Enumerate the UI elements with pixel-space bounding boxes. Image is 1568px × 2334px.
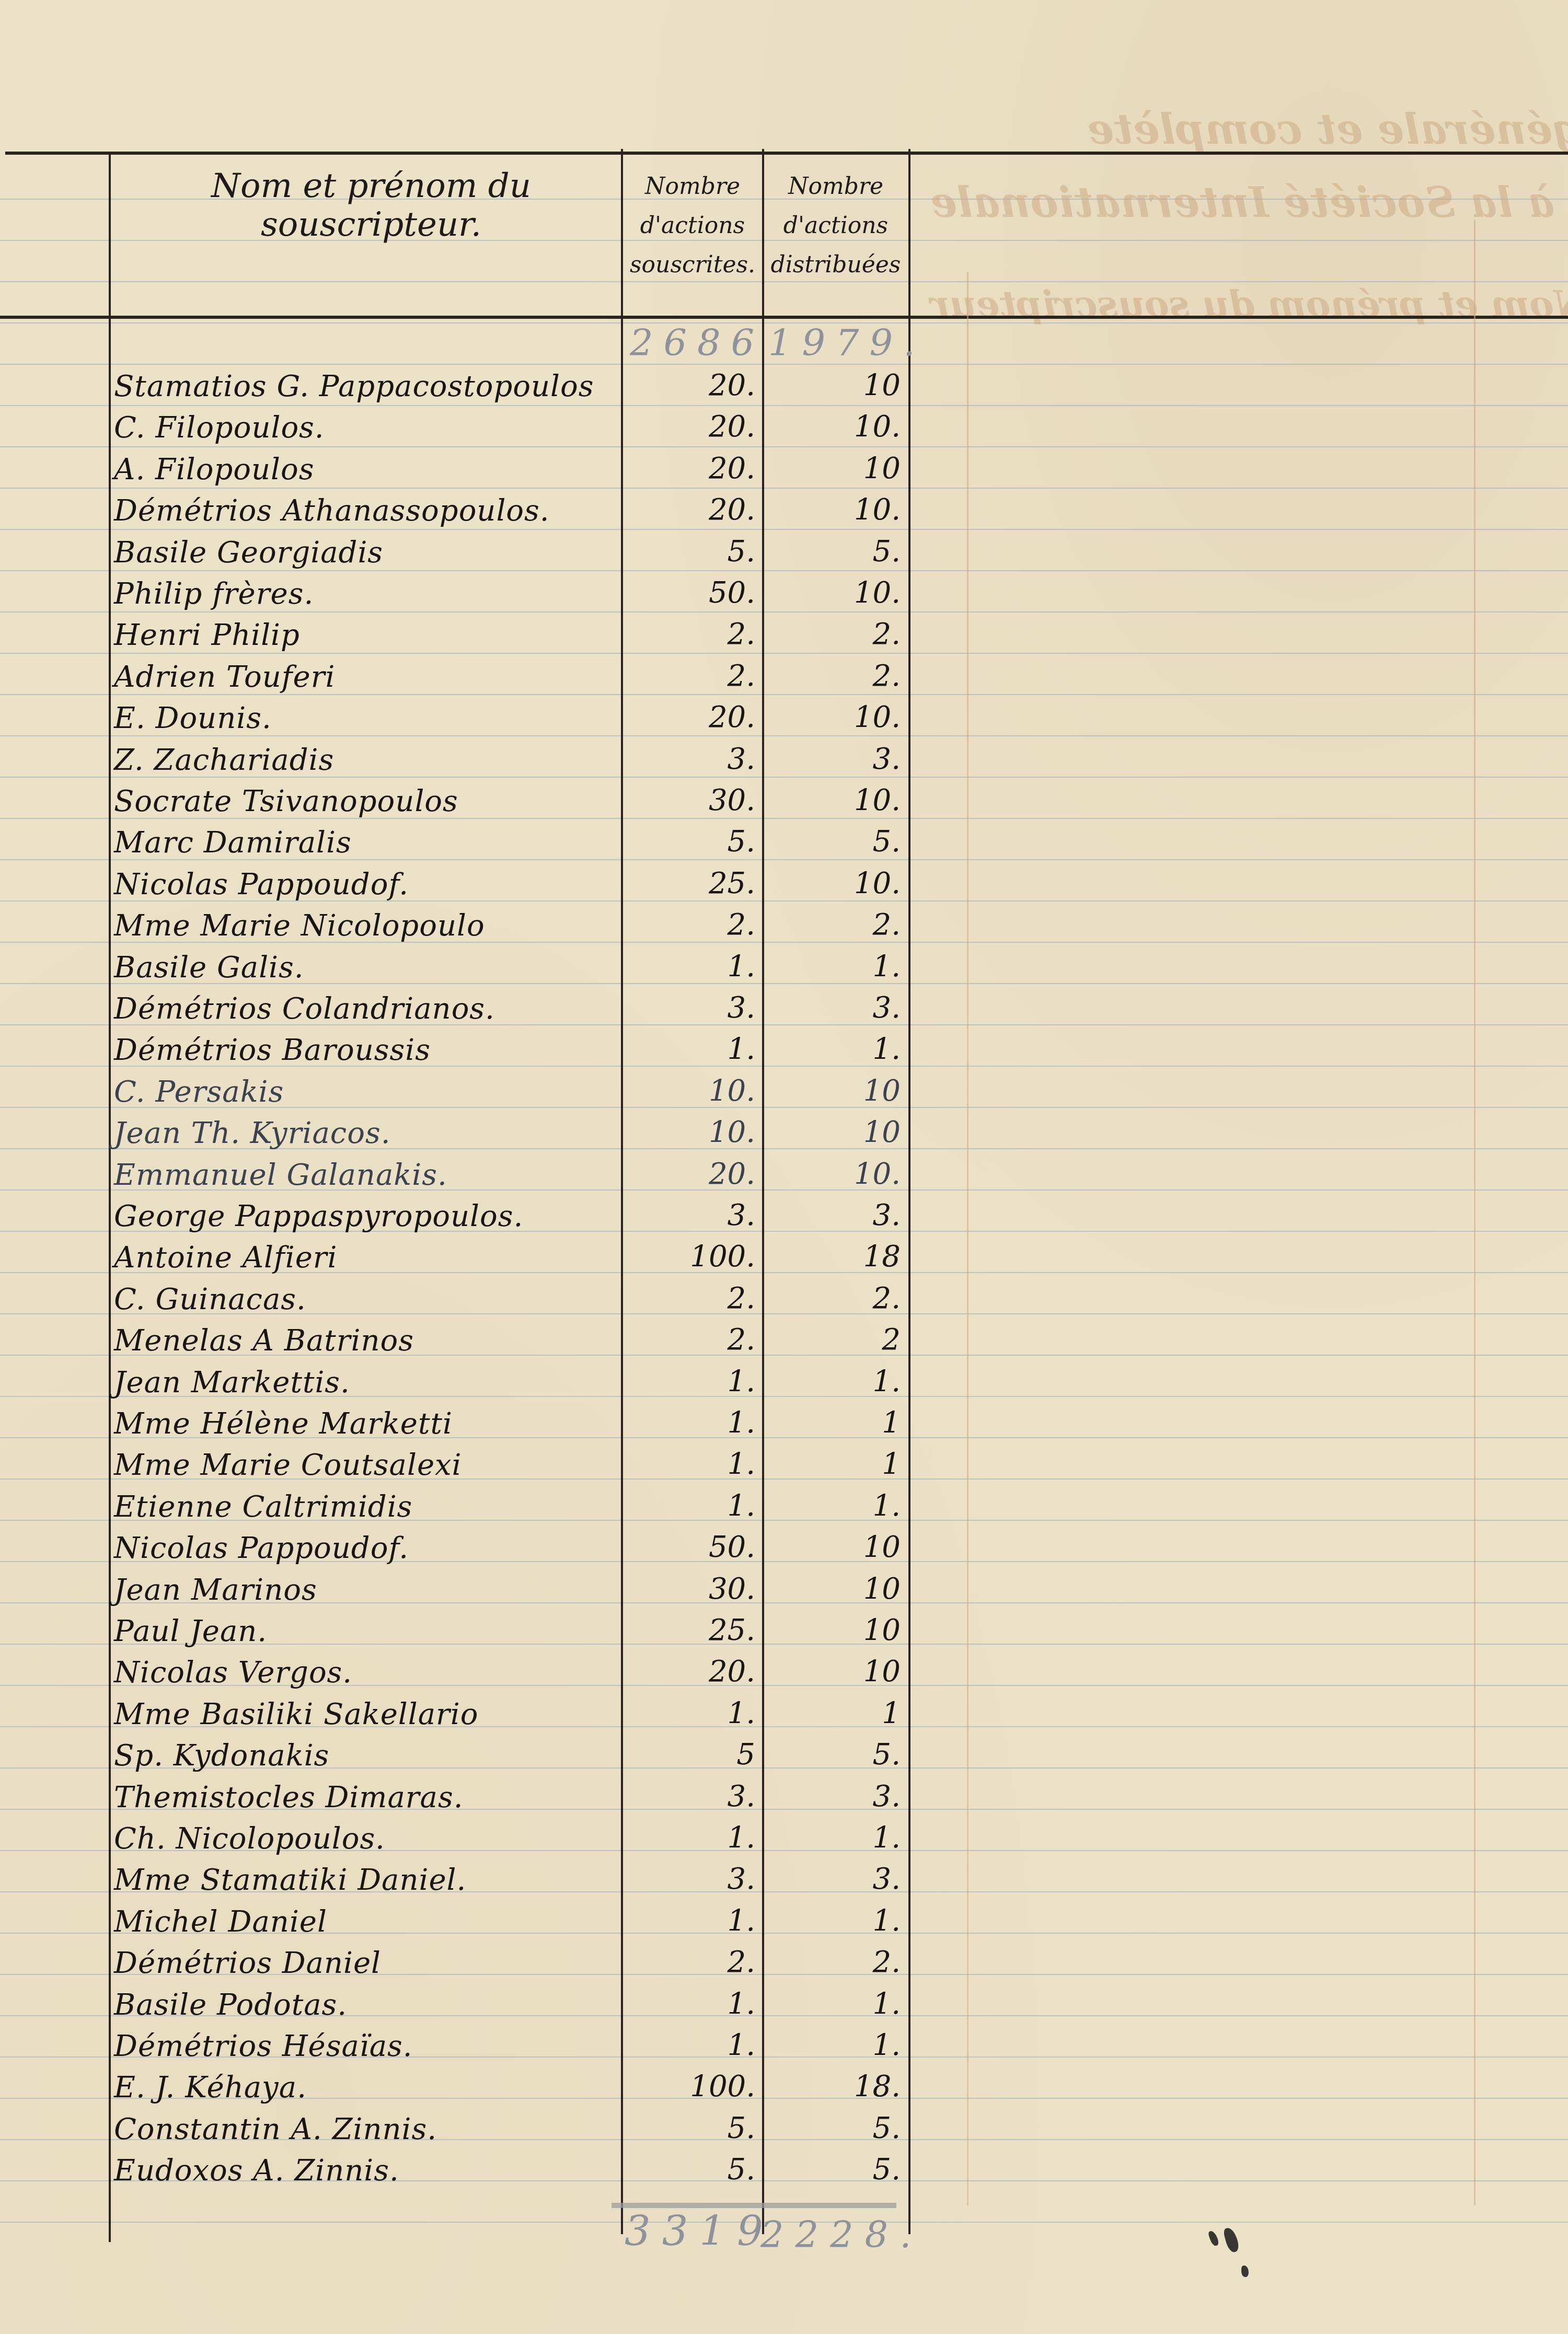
subscriber-name: Basile Georgiadis xyxy=(114,536,383,570)
shares-distributed: 10. xyxy=(766,1157,901,1191)
table-row: Jean Th. Kyriacos.10.10 xyxy=(0,1113,1568,1154)
table-row: Nicolas Pappoudof.25.10. xyxy=(0,864,1568,906)
shares-distributed: 3. xyxy=(766,991,901,1025)
total-subscribed: 3319 xyxy=(625,2208,775,2255)
shares-distributed: 10. xyxy=(766,700,901,734)
table-row: E. J. Kéhaya.100.18. xyxy=(0,2067,1568,2109)
subscriber-name: Mme Stamatiki Daniel. xyxy=(114,1863,466,1897)
top-rule xyxy=(5,152,1568,155)
table-row: Démétrios Colandrianos.3.3. xyxy=(0,988,1568,1030)
header-name: Nom et prénom du souscripteur. xyxy=(136,167,606,244)
shares-subscribed: 3. xyxy=(625,991,755,1025)
subscriber-name: George Pappaspyropoulos. xyxy=(114,1199,523,1233)
subscriber-name: Ch. Nicolopoulos. xyxy=(114,1822,385,1856)
subscriber-name: Constantin A. Zinnis. xyxy=(114,2112,437,2146)
shares-subscribed: 20. xyxy=(625,1157,755,1191)
shares-distributed: 1. xyxy=(766,1821,901,1855)
shares-subscribed: 20. xyxy=(625,1655,755,1689)
shares-subscribed: 5. xyxy=(625,825,755,859)
shares-distributed: 5. xyxy=(766,535,901,569)
shares-distributed: 1. xyxy=(766,1987,901,2021)
table-row: Etienne Caltrimidis1.1. xyxy=(0,1486,1568,1528)
ink-blot xyxy=(1223,2226,1240,2254)
shares-distributed: 10 xyxy=(766,1572,901,1606)
shares-distributed: 18 xyxy=(766,1240,901,1274)
shares-subscribed: 20. xyxy=(625,410,755,444)
shares-distributed: 2. xyxy=(766,659,901,693)
shares-distributed: 5. xyxy=(766,825,901,859)
subscriber-name: Mme Marie Coutsalexi xyxy=(114,1448,462,1482)
shares-subscribed: 20. xyxy=(625,493,755,527)
subscriber-name: Marc Damiralis xyxy=(114,826,352,860)
shares-distributed: 10. xyxy=(766,783,901,817)
total-distributed: 2228. xyxy=(760,2213,923,2256)
shares-distributed: 5. xyxy=(766,1738,901,1772)
shares-distributed: 1. xyxy=(766,1489,901,1523)
subscriber-name: Démétrios Athanassopoulos. xyxy=(114,494,550,528)
shares-subscribed: 3. xyxy=(625,1198,755,1232)
table-row: C. Filopoulos.20.10. xyxy=(0,407,1568,449)
shares-subscribed: 20. xyxy=(625,700,755,734)
shares-subscribed: 2. xyxy=(625,659,755,693)
subscriber-name: Menelas A Batrinos xyxy=(114,1324,414,1358)
shares-subscribed: 1. xyxy=(625,1987,755,2021)
shares-distributed: 1. xyxy=(766,1365,901,1399)
table-row: Philip frères.50.10. xyxy=(0,573,1568,615)
shares-subscribed: 3. xyxy=(625,1780,755,1813)
shares-distributed: 3. xyxy=(766,1198,901,1232)
ink-blot xyxy=(1241,2266,1249,2277)
table-row: Mme Basiliki Sakellario1.1 xyxy=(0,1694,1568,1736)
subscriber-name: Michel Daniel xyxy=(114,1905,327,1939)
shares-distributed: 2. xyxy=(766,1281,901,1315)
table-row: A. Filopoulos20.10 xyxy=(0,449,1568,491)
shares-distributed: 3. xyxy=(766,742,901,776)
shares-subscribed: 30. xyxy=(625,783,755,817)
shares-distributed: 10 xyxy=(766,452,901,486)
shares-distributed: 2. xyxy=(766,617,901,651)
shares-subscribed: 2. xyxy=(625,1945,755,1979)
shares-subscribed: 5. xyxy=(625,2153,755,2187)
shares-distributed: 10 xyxy=(766,1074,901,1108)
shares-subscribed: 25. xyxy=(625,1613,755,1647)
table-row: Marc Damiralis5.5. xyxy=(0,822,1568,864)
shares-distributed: 10 xyxy=(766,368,901,402)
table-row: Jean Markettis.1.1. xyxy=(0,1362,1568,1404)
subscriber-name: Mme Basiliki Sakellario xyxy=(114,1697,478,1731)
shares-distributed: 1 xyxy=(766,1406,901,1440)
shares-distributed: 5. xyxy=(766,2111,901,2145)
shares-distributed: 18. xyxy=(766,2070,901,2104)
shares-subscribed: 1. xyxy=(625,1447,755,1481)
shares-distributed: 10 xyxy=(766,1530,901,1564)
subscriber-name: Z. Zachariadis xyxy=(114,743,334,777)
shares-subscribed: 100. xyxy=(625,1240,755,1274)
table-row: Mme Stamatiki Daniel.3.3. xyxy=(0,1859,1568,1901)
shares-distributed: 3. xyxy=(766,1862,901,1896)
shares-subscribed: 10. xyxy=(625,1074,755,1108)
table-row: C. Persakis10.10 xyxy=(0,1071,1568,1113)
shares-subscribed: 1. xyxy=(625,1406,755,1440)
table-row: Socrate Tsivanopoulos30.10. xyxy=(0,781,1568,823)
shares-distributed: 10. xyxy=(766,493,901,527)
subscriber-name: Etienne Caltrimidis xyxy=(114,1490,412,1524)
subscriber-name: Nicolas Pappoudof. xyxy=(114,1531,409,1565)
shares-subscribed: 30. xyxy=(625,1572,755,1606)
subscriber-name: A. Filopoulos xyxy=(114,453,314,487)
subscriber-name: Paul Jean. xyxy=(114,1614,267,1648)
shares-distributed: 10 xyxy=(766,1613,901,1647)
shares-subscribed: 1. xyxy=(625,1696,755,1730)
header-bottom-rule xyxy=(0,316,1568,319)
table-row: George Pappaspyropoulos.3.3. xyxy=(0,1196,1568,1238)
shares-distributed: 10. xyxy=(766,576,901,610)
table-row: Eudoxos A. Zinnis.5.5. xyxy=(0,2150,1568,2192)
shares-distributed: 1 xyxy=(766,1447,901,1481)
shares-subscribed: 10. xyxy=(625,1115,755,1149)
table-row: Z. Zachariadis3.3. xyxy=(0,740,1568,781)
shares-distributed: 2. xyxy=(766,908,901,942)
shares-subscribed: 1. xyxy=(625,1032,755,1066)
ink-blot xyxy=(1207,2230,1219,2247)
subscriber-name: Eudoxos A. Zinnis. xyxy=(114,2154,399,2188)
subscriber-name: Socrate Tsivanopoulos xyxy=(114,784,458,818)
shares-subscribed: 50. xyxy=(625,1530,755,1564)
shares-subscribed: 1. xyxy=(625,1904,755,1938)
header-distributed: Nombre d'actions distribuées xyxy=(765,167,906,284)
subscriber-name: Démétrios Daniel xyxy=(114,1946,381,1980)
subscriber-name: Basile Podotas. xyxy=(114,1988,347,2022)
shares-subscribed: 20. xyxy=(625,368,755,402)
shares-subscribed: 5. xyxy=(625,535,755,569)
subscriber-name: Philip frères. xyxy=(114,577,314,611)
shares-subscribed: 5 xyxy=(625,1738,755,1772)
shares-subscribed: 3. xyxy=(625,742,755,776)
table-row: Emmanuel Galanakis.20.10. xyxy=(0,1154,1568,1196)
table-row: Jean Marinos30.10 xyxy=(0,1569,1568,1611)
table-row: Basile Galis.1.1. xyxy=(0,947,1568,989)
subscriber-name: Jean Marinos xyxy=(114,1573,317,1607)
table-row: Michel Daniel1.1. xyxy=(0,1901,1568,1943)
subscriber-name: C. Filopoulos. xyxy=(114,411,325,445)
header-subscribed: Nombre d'actions souscrites. xyxy=(624,167,761,284)
shares-subscribed: 2. xyxy=(625,1323,755,1357)
table-row: Antoine Alfieri100.18 xyxy=(0,1237,1568,1279)
subscriber-name: C. Guinacas. xyxy=(114,1282,306,1316)
subscriber-name: Nicolas Pappoudof. xyxy=(114,868,409,902)
table-row: Basile Georgiadis5.5. xyxy=(0,532,1568,574)
shares-distributed: 5. xyxy=(766,2153,901,2187)
shares-subscribed: 2. xyxy=(625,908,755,942)
subscriber-name: Stamatios G. Pappacostopoulos xyxy=(114,369,594,403)
table-row: Mme Marie Nicolopoulo2.2. xyxy=(0,905,1568,947)
subscriber-name: Sp. Kydonakis xyxy=(114,1739,329,1773)
shares-subscribed: 1. xyxy=(625,2028,755,2062)
shares-subscribed: 20. xyxy=(625,452,755,486)
subscriber-name: Nicolas Vergos. xyxy=(114,1656,352,1690)
shares-distributed: 2 xyxy=(766,1323,901,1357)
bleed-through-header: Nom et prénom du souscripteur xyxy=(930,282,1568,326)
subscriber-name: Henri Philip xyxy=(114,618,300,652)
subscriber-name: Démétrios Colandrianos. xyxy=(114,992,495,1026)
shares-subscribed: 2. xyxy=(625,617,755,651)
shares-distributed: 2. xyxy=(766,1945,901,1979)
shares-distributed: 10 xyxy=(766,1115,901,1149)
shares-distributed: 3. xyxy=(766,1780,901,1813)
table-row: Stamatios G. Pappacostopoulos20.10 xyxy=(0,366,1568,408)
table-row: Adrien Touferi2.2. xyxy=(0,656,1568,698)
shares-subscribed: 1. xyxy=(625,950,755,984)
subscriber-name: Themistocles Dimaras. xyxy=(114,1781,463,1815)
shares-subscribed: 1. xyxy=(625,1821,755,1855)
subscriber-name: Emmanuel Galanakis. xyxy=(114,1158,447,1192)
table-row: Henri Philip2.2. xyxy=(0,615,1568,656)
subscriber-name: E. J. Kéhaya. xyxy=(114,2071,307,2105)
table-row: Démétrios Athanassopoulos.20.10. xyxy=(0,490,1568,532)
subscriber-name: Antoine Alfieri xyxy=(114,1241,337,1275)
shares-subscribed: 3. xyxy=(625,1862,755,1896)
shares-subscribed: 1. xyxy=(625,1365,755,1399)
table-row: Nicolas Vergos.20.10 xyxy=(0,1652,1568,1694)
shares-distributed: 1 xyxy=(766,1696,901,1730)
shares-distributed: 1. xyxy=(766,1032,901,1066)
shares-distributed: 1. xyxy=(766,1904,901,1938)
shares-distributed: 1. xyxy=(766,950,901,984)
table-row: Sp. Kydonakis55. xyxy=(0,1735,1568,1777)
subscriber-name: E. Dounis. xyxy=(114,701,272,735)
subscriber-name: Mme Hélène Marketti xyxy=(114,1407,453,1441)
shares-distributed: 1. xyxy=(766,2028,901,2062)
table-row: Themistocles Dimaras.3.3. xyxy=(0,1777,1568,1819)
shares-subscribed: 1. xyxy=(625,1489,755,1523)
table-row: E. Dounis.20.10. xyxy=(0,698,1568,740)
subscriber-name: Adrien Touferi xyxy=(114,660,335,694)
table-row: Mme Hélène Marketti1.1 xyxy=(0,1403,1568,1445)
table-row: Menelas A Batrinos2.2 xyxy=(0,1320,1568,1362)
shares-distributed: 10. xyxy=(766,866,901,900)
shares-subscribed: 5. xyxy=(625,2111,755,2145)
table-row: Nicolas Pappoudof.50.10 xyxy=(0,1528,1568,1569)
subscriber-name: Démétrios Baroussis xyxy=(114,1033,431,1067)
subscriber-name: Basile Galis. xyxy=(114,951,304,985)
table-row: Démétrios Baroussis1.1. xyxy=(0,1030,1568,1071)
total-underline xyxy=(612,2203,896,2208)
table-row: Mme Marie Coutsalexi1.1 xyxy=(0,1445,1568,1486)
bleed-through-title: Liste générale et complète xyxy=(1087,105,1568,154)
bleed-through-subtitle: à la Société Internationale xyxy=(930,178,1554,227)
shares-subscribed: 2. xyxy=(625,1281,755,1315)
table-row: Démétrios Daniel2.2. xyxy=(0,1943,1568,1984)
carried-forward-subscribed: 2686 xyxy=(630,321,765,364)
shares-subscribed: 50. xyxy=(625,576,755,610)
subscriber-name: Mme Marie Nicolopoulo xyxy=(114,909,485,943)
table-row: Ch. Nicolopoulos.1.1. xyxy=(0,1818,1568,1860)
shares-subscribed: 25. xyxy=(625,866,755,900)
subscriber-name: Jean Markettis. xyxy=(114,1366,350,1400)
table-row: Démétrios Hésaïas.1.1. xyxy=(0,2026,1568,2067)
shares-distributed: 10 xyxy=(766,1655,901,1689)
subscriber-name: Démétrios Hésaïas. xyxy=(114,2029,413,2063)
subscriber-name: Jean Th. Kyriacos. xyxy=(114,1116,390,1150)
table-row: C. Guinacas.2.2. xyxy=(0,1279,1568,1321)
shares-subscribed: 100. xyxy=(625,2070,755,2104)
table-row: Paul Jean.25.10 xyxy=(0,1611,1568,1653)
subscriber-name: C. Persakis xyxy=(114,1075,284,1109)
table-row: Constantin A. Zinnis.5.5. xyxy=(0,2109,1568,2151)
shares-distributed: 10. xyxy=(766,410,901,444)
table-row: Basile Podotas.1.1. xyxy=(0,1984,1568,2026)
carried-forward-distributed: 1979. xyxy=(768,321,925,364)
